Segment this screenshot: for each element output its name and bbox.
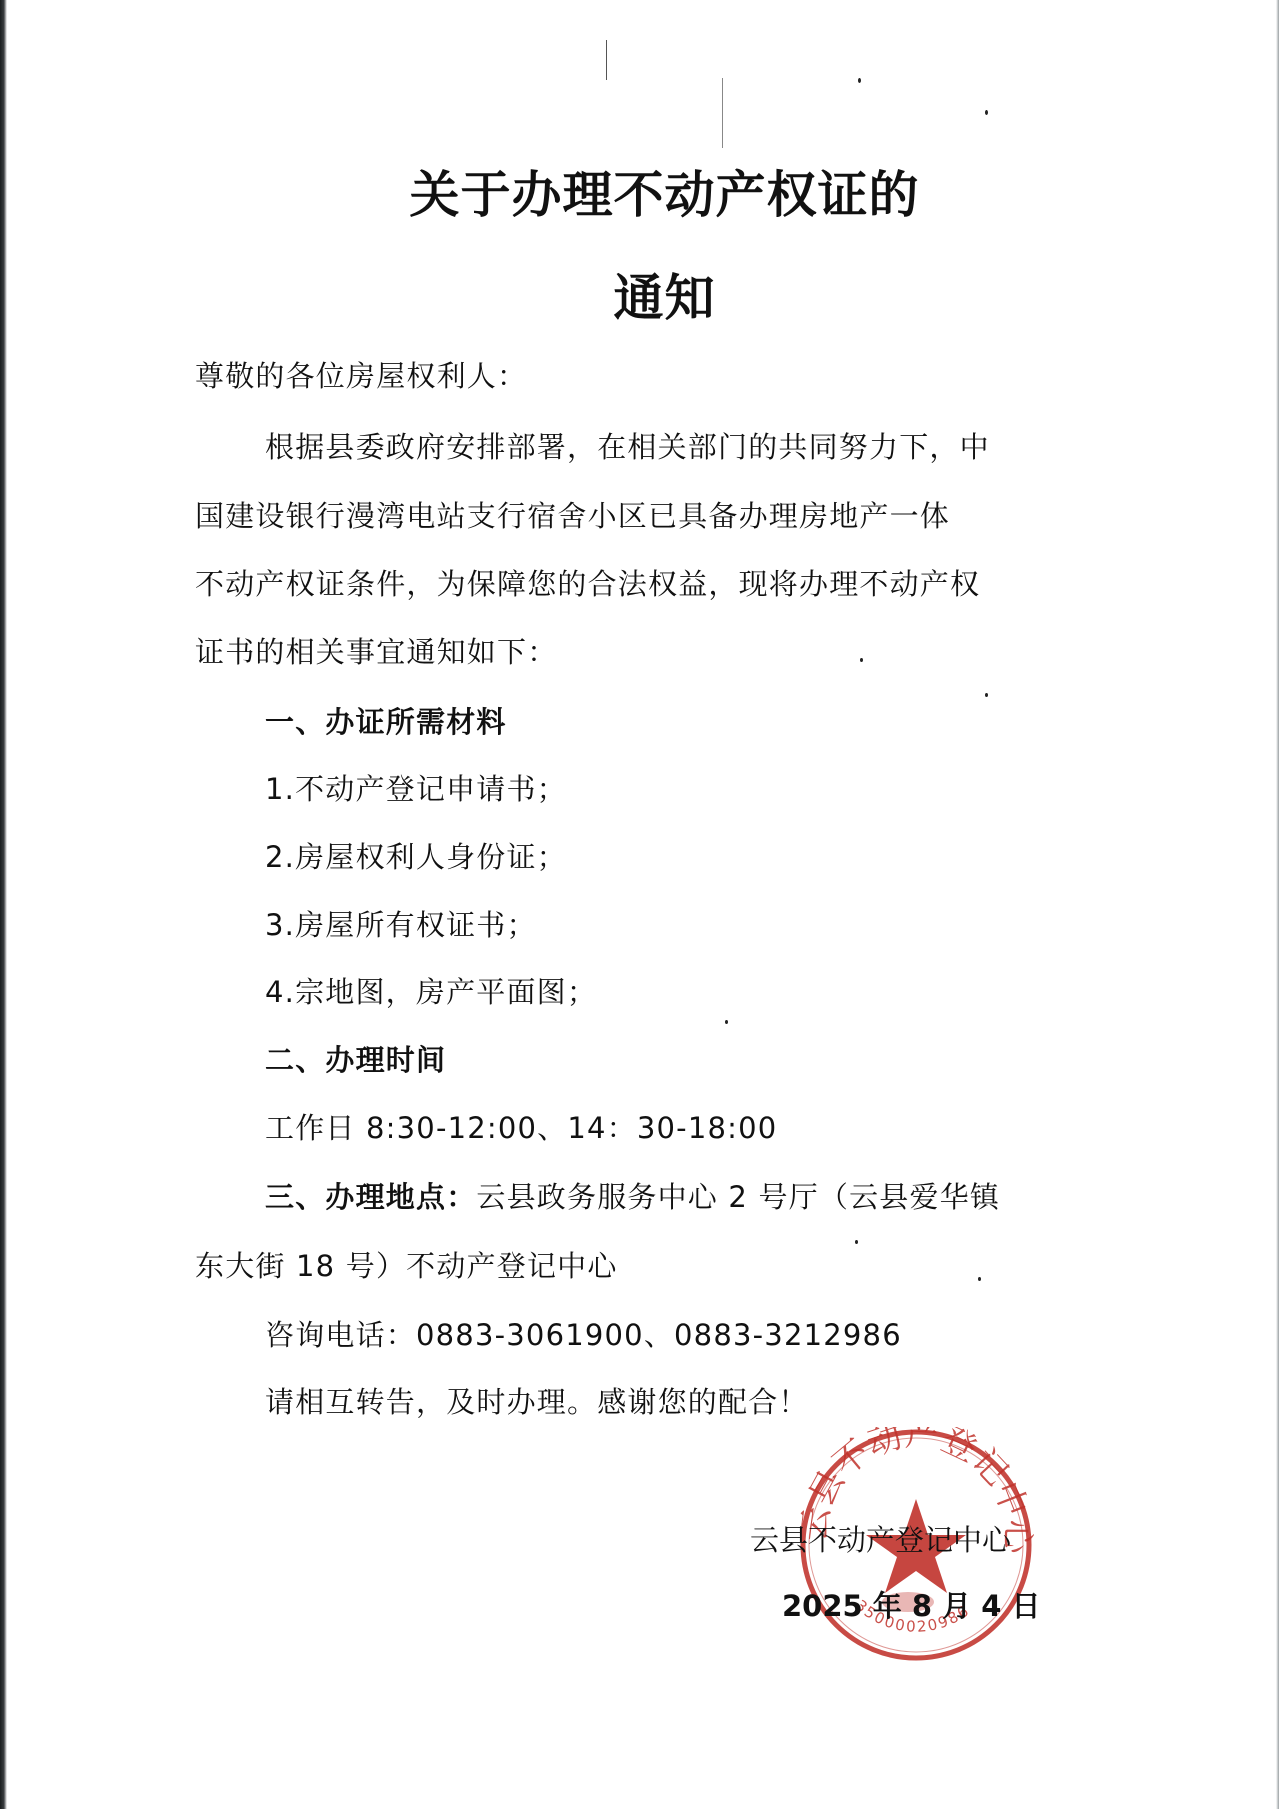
issue-date: 2025 年 8 月 4 日 [782,1584,1041,1625]
section3-location: 三、办理地点：云县政务服务中心 2 号厅（云县爱华镇 [265,1175,1000,1216]
office-hours: 工作日 8:30-12:00、14：30-18:00 [265,1106,777,1147]
scan-speck [860,658,863,662]
scan-speck [985,693,988,697]
material-item: 2.房屋权利人身份证； [265,835,567,876]
section1-heading: 一、办证所需材料 [265,700,507,741]
intro-line: 不动产权证条件，为保障您的合法权益，现将办理不动产权 [195,562,980,603]
section2-heading: 二、办理时间 [265,1038,446,1079]
scan-speck [978,1277,981,1281]
location-line1: 云县政务服务中心 2 号厅（云县爱华镇 [476,1180,1000,1214]
intro-line: 证书的相关事宜通知如下： [195,630,557,671]
notice-title-line1: 关于办理不动产权证的 [0,155,1279,227]
scan-speck [725,1020,728,1024]
scan-speck [855,1240,858,1244]
section3-heading: 三、办理地点： [265,1180,476,1214]
material-item: 4.宗地图，房产平面图； [265,970,597,1011]
salutation: 尊敬的各位房屋权利人： [195,354,527,395]
intro-line: 根据县委政府安排部署，在相关部门的共同努力下，中 [265,425,990,466]
material-item: 1.不动产登记申请书； [265,767,567,808]
intro-line: 国建设银行漫湾电站支行宿舍小区已具备办理房地产一体 [195,494,950,535]
scan-speck [858,78,861,83]
consult-phone: 咨询电话：0883-3061900、0883-3212986 [265,1313,902,1354]
closing-remark: 请相互转告，及时办理。感谢您的配合！ [265,1380,809,1421]
issuing-organization: 云县不动产登记中心 [750,1518,1011,1559]
notice-title-line2: 通知 [0,258,1279,330]
scan-speck [985,110,988,115]
material-item: 3.房屋所有权证书； [265,903,537,944]
location-line2: 东大街 18 号）不动产登记中心 [195,1244,618,1285]
scan-scratch [722,78,723,148]
scan-scratch [606,40,607,80]
